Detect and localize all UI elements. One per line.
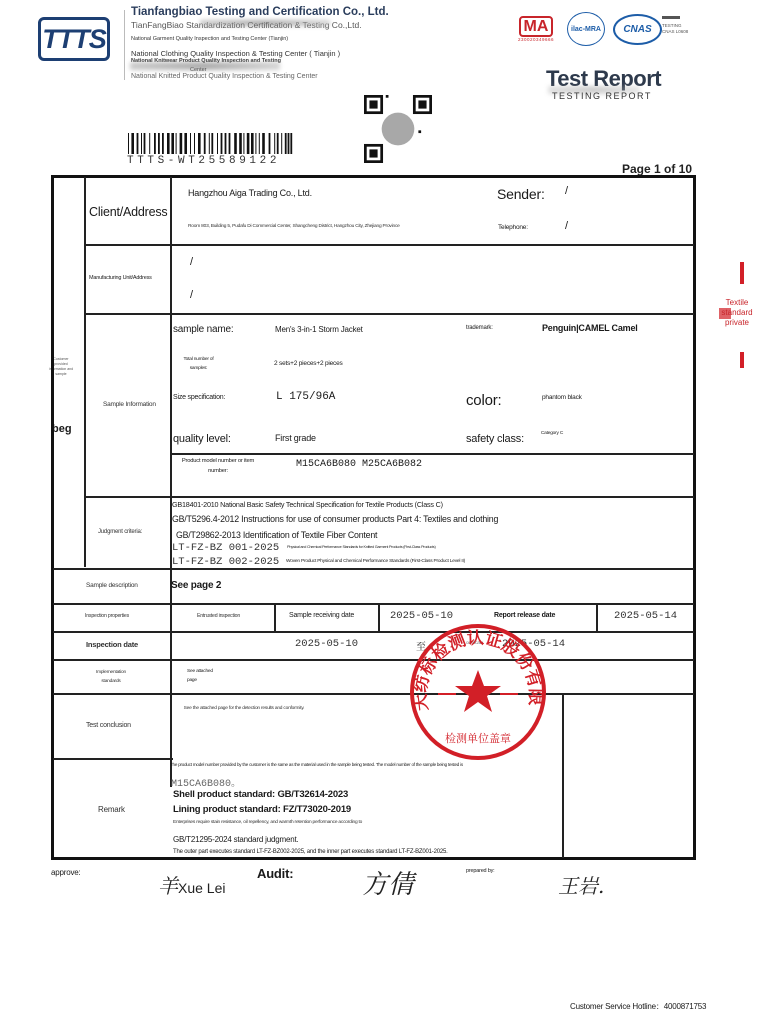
total-samples-value: 2 sets+2 pieces+2 pieces bbox=[274, 360, 343, 367]
barcode-number: TTTS-WT25589122 bbox=[127, 155, 280, 167]
side-tag-line: Textile bbox=[719, 298, 755, 308]
cnas-mark bbox=[662, 16, 680, 19]
grid-line bbox=[53, 659, 694, 661]
size-spec-label: Size specification: bbox=[173, 394, 225, 401]
safety-class-label: safety class: bbox=[466, 433, 524, 445]
smudge bbox=[130, 62, 280, 70]
prepared-signature: 王岩. bbox=[558, 870, 604, 899]
cnas-logo: CNAS bbox=[613, 14, 662, 45]
grid-line bbox=[53, 568, 694, 570]
remark-outer-inner: The outer part executes standard LT-FZ-B… bbox=[173, 849, 448, 855]
lt-001-desc: Physical and Chemical Performance Standa… bbox=[287, 545, 436, 549]
lt-001-code: LT-FZ-BZ 001-2025 bbox=[172, 542, 279, 554]
grid-line bbox=[84, 244, 694, 246]
sample-description-value: See page 2 bbox=[171, 580, 221, 591]
grid-line bbox=[170, 177, 172, 787]
remark-label: Remark bbox=[98, 805, 125, 814]
judgment-line-1: GB18401-2010 National Basic Safety Techn… bbox=[172, 500, 443, 509]
cma-cert-logo: MA 230020349666 bbox=[513, 14, 559, 44]
model-number-label: Product model number or item number: bbox=[172, 456, 264, 476]
qr-code bbox=[364, 95, 432, 163]
approve-sig-glyph: 羊 bbox=[158, 874, 178, 898]
quality-level-label: quality level: bbox=[173, 433, 231, 445]
manufacturer-line-2: / bbox=[190, 289, 193, 301]
total-samples-label: Total number of samples: bbox=[176, 355, 221, 373]
inspection-date-from: 2025-05-10 bbox=[295, 638, 358, 650]
inspection-date-label: Inspection date bbox=[86, 640, 138, 649]
client-address-label: Client/Address bbox=[89, 205, 168, 219]
official-seal-stamp: 检测单位盖章 天纺标检测认证股份有限公司 bbox=[406, 620, 551, 760]
sender-value: / bbox=[565, 185, 568, 197]
svg-text:检测单位盖章: 检测单位盖章 bbox=[445, 731, 511, 745]
size-spec-value: L 175/96A bbox=[276, 391, 335, 403]
test-conclusion-value: See the attached page for the detection … bbox=[178, 704, 310, 713]
ilac-mra-logo: ilac-MRA bbox=[567, 12, 605, 46]
approve-signature: 羊Xue Lei bbox=[158, 870, 225, 899]
telephone-value: / bbox=[565, 220, 568, 232]
remark-gb-standard: GB/T21295-2024 standard judgment. bbox=[173, 835, 299, 844]
grid-line bbox=[274, 603, 276, 631]
customer-service-hotline: Customer Service Hotline：4000871753 bbox=[570, 1001, 706, 1012]
sample-receiving-label: Sample receiving date bbox=[289, 612, 354, 619]
logo-divider bbox=[124, 10, 125, 80]
smudge bbox=[200, 20, 330, 26]
trademark-label: trademark: bbox=[466, 325, 493, 331]
sample-info-label: Sample Information bbox=[103, 401, 156, 408]
grid-line bbox=[378, 603, 380, 631]
audit-signature: 方倩 bbox=[362, 864, 414, 901]
lt-002-code: LT-FZ-BZ 002-2025 bbox=[172, 556, 279, 568]
grid-line bbox=[53, 603, 694, 605]
cnas-number: CNAS L0608 bbox=[662, 29, 688, 35]
grid-line bbox=[84, 313, 694, 315]
report-subtitle: TESTING REPORT bbox=[552, 91, 652, 101]
grid-line bbox=[53, 758, 173, 760]
sender-label: Sender: bbox=[497, 186, 545, 202]
telephone-label: Telephone: bbox=[498, 224, 528, 231]
side-red-mark bbox=[740, 352, 744, 368]
sample-name-label: sample name: bbox=[173, 324, 233, 335]
color-value: phantom black bbox=[542, 394, 582, 401]
center-line-1: National Garment Quality Inspection and … bbox=[131, 36, 288, 42]
safety-class-value: Category C bbox=[540, 430, 564, 438]
barcode bbox=[128, 133, 296, 154]
quality-level-value: First grade bbox=[275, 433, 316, 443]
center-line-2: National Clothing Quality Inspection & T… bbox=[131, 49, 340, 58]
judgment-line-3: GB/T29862-2013 Identification of Textile… bbox=[176, 530, 377, 540]
cma-mark: MA bbox=[519, 16, 554, 37]
company-logo: TTTS bbox=[38, 17, 110, 61]
center-line-4: National Knitted Product Quality Inspect… bbox=[131, 73, 318, 80]
grid-line bbox=[596, 603, 598, 631]
prepared-by-label: prepared by: bbox=[466, 868, 494, 874]
grid-line bbox=[562, 693, 564, 858]
cma-number: 230020349666 bbox=[518, 37, 554, 42]
page-indicator: Page 1 of 10 bbox=[622, 162, 692, 176]
approve-name: Xue Lei bbox=[178, 880, 225, 896]
cnas-text: TESTING CNAS L0608 bbox=[662, 12, 688, 34]
sample-name-value: Men's 3-in-1 Storm Jacket bbox=[275, 325, 363, 334]
inspection-properties-value: Entrusted inspection bbox=[197, 613, 240, 619]
remark-lining-standard: Lining product standard: FZ/T73020-2019 bbox=[173, 804, 351, 815]
side-tag: Textile standard private bbox=[719, 298, 755, 328]
grid-line bbox=[84, 496, 694, 498]
side-tag-line: private bbox=[719, 318, 755, 328]
remark-shell-standard: Shell product standard: GB/T32614-2023 bbox=[173, 789, 348, 800]
grid-line bbox=[53, 693, 694, 695]
report-release-label: Report release date bbox=[494, 612, 555, 619]
trademark-value: Penguin|CAMEL Camel bbox=[542, 323, 638, 333]
lt-002-desc: Woven Product Physical and Chemical Perf… bbox=[286, 559, 465, 564]
grid-line bbox=[53, 631, 694, 633]
remark-model: M15CA6B080。 bbox=[171, 774, 241, 790]
audit-label: Audit: bbox=[257, 866, 293, 881]
remark-enterprise: Enterprises require stain resistance, oi… bbox=[173, 820, 362, 825]
manufacturer-line-1: / bbox=[190, 256, 193, 268]
report-release-date: 2025-05-14 bbox=[614, 610, 677, 622]
grid-line bbox=[84, 177, 86, 567]
approve-label: approve: bbox=[51, 868, 81, 877]
implementation-label: Implementation standards bbox=[90, 668, 132, 686]
model-number-value: M15CA6B080 M25CA6B082 bbox=[296, 459, 422, 470]
client-address: Room 803, Building 5, Pudafu Di Commerci… bbox=[188, 224, 400, 229]
inspection-properties-label: Inspection properties bbox=[85, 613, 129, 619]
grid-line bbox=[170, 453, 694, 455]
manufacturer-label: Manufacturing Unit/Address bbox=[89, 275, 152, 281]
remark-note: The product model number provided by the… bbox=[170, 762, 463, 767]
judgment-label: Judgment criteria: bbox=[98, 529, 142, 535]
client-name: Hangzhou Aiga Trading Co., Ltd. bbox=[188, 188, 312, 198]
side-red-mark bbox=[740, 262, 744, 284]
color-label: color: bbox=[466, 392, 501, 409]
implementation-value: See attached page bbox=[187, 667, 217, 685]
sample-description-label: Sample description bbox=[86, 582, 138, 589]
test-conclusion-label: Test conclusion bbox=[86, 722, 131, 729]
side-tag-line: standard bbox=[719, 308, 755, 318]
company-name: Tianfangbiao Testing and Certification C… bbox=[131, 6, 389, 18]
judgment-line-2: GB/T5296.4-2012 Instructions for use of … bbox=[172, 514, 498, 524]
